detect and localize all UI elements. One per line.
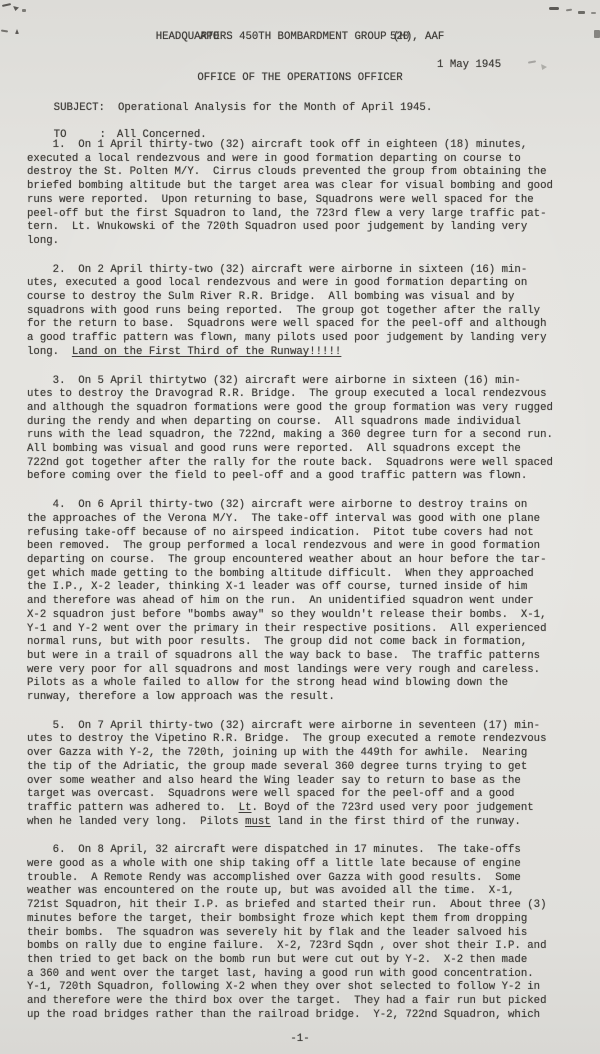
- paragraph-4: 4. On 6 April thirty-two (32) aircraft w…: [27, 499, 583, 705]
- paragraph-5-text: 5. On 7 April thirty-two (32) aircraft w…: [27, 720, 547, 814]
- document-body: 1. On 1 April thirty-two (32) aircraft t…: [27, 139, 583, 1037]
- paragraph-5-underlined-lt: Lt: [239, 802, 252, 814]
- page-number: -1-: [0, 1033, 600, 1047]
- subject-label: SUBJECT:: [54, 102, 105, 114]
- document-date: 1 May 1945: [437, 59, 501, 73]
- paragraph-3-text: 3. On 5 April thirtytwo (32) aircraft we…: [27, 375, 553, 483]
- apo-label: APO: [200, 31, 219, 45]
- paragraph-5: 5. On 7 April thirty-two (32) aircraft w…: [27, 720, 583, 830]
- paragraph-1-text: 1. On 1 April thirty-two (32) aircraft t…: [27, 139, 553, 247]
- paragraph-6: 6. On 8 April, 32 aircraft were dispatch…: [27, 844, 583, 1022]
- paragraph-3: 3. On 5 April thirtytwo (32) aircraft we…: [27, 375, 583, 485]
- paragraph-2: 2. On 2 April thirty-two (32) aircraft w…: [27, 264, 583, 360]
- paragraph-4-text: 4. On 6 April thirty-two (32) aircraft w…: [27, 499, 547, 703]
- subject-text: Operational Analysis for the Month of Ap…: [118, 102, 432, 114]
- paragraph-2-text: 2. On 2 April thirty-two (32) aircraft w…: [27, 264, 547, 358]
- paragraph-2-underlined-text: Land on the First Third of the Runway!!!…: [72, 346, 341, 358]
- paragraph-1: 1. On 1 April thirty-two (32) aircraft t…: [27, 139, 583, 249]
- document-page: HEADQUARTERS 450TH BOMBARDMENT GROUP (H)…: [0, 0, 600, 1054]
- apo-number: 520: [390, 31, 409, 45]
- apo-line: APO 520: [0, 31, 600, 45]
- paragraph-6-text: 6. On 8 April, 32 aircraft were dispatch…: [27, 844, 547, 1020]
- letterhead-line-2: OFFICE OF THE OPERATIONS OFFICER: [0, 72, 600, 86]
- paragraph-5-underlined-must: must: [245, 816, 271, 828]
- paragraph-5-text-3: land in the first third of the runway.: [271, 816, 521, 828]
